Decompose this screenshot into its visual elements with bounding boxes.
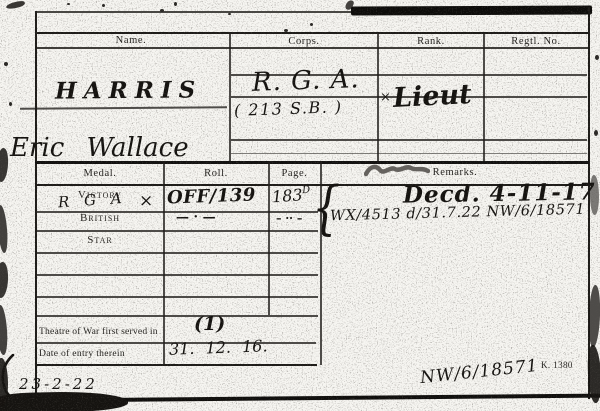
divider-roll-page	[268, 161, 270, 315]
left-torn-edge-mark	[0, 262, 10, 299]
left-torn-edge-mark	[0, 148, 10, 183]
paper-speck	[67, 3, 70, 5]
rank-cross-mark: ×	[380, 91, 391, 104]
remarks-column-header: Remarks.	[322, 167, 588, 178]
paper-speck	[595, 55, 599, 60]
page-number-suffix: D	[302, 185, 311, 197]
paper-speck	[594, 130, 598, 136]
corps-handwritten-line1: R. G. A.	[252, 66, 360, 96]
divider-corps-rank	[377, 33, 379, 163]
corps-handwritten-line2: ( 213 S.B. )	[234, 99, 343, 119]
card-left-border	[35, 11, 37, 399]
left-margin-pen-stroke	[0, 354, 16, 400]
date-of-entry-label: Date of entry therein	[39, 348, 125, 359]
medal-row-rule	[37, 296, 318, 298]
divider-medal-roll	[163, 161, 165, 365]
bottom-left-ink-blot	[0, 391, 128, 411]
forenames-handwritten: Eric Wallace	[10, 135, 189, 161]
medal-row-label-british: British	[37, 212, 163, 224]
medal-annotation-cross: ×	[139, 193, 153, 210]
left-torn-edge-mark	[0, 305, 8, 355]
medal-row-rule	[37, 274, 318, 276]
roll-value-victory: OFF/139	[167, 186, 256, 207]
form-code: K. 1380	[541, 360, 573, 370]
theatre-of-war-label: Theatre of War first served in	[39, 326, 158, 337]
date-of-entry-value: 31. 12. 16.	[169, 338, 268, 357]
medal-index-card-scan: Name. Corps. Rank. Regtl. No. Medal. Rol…	[0, 0, 600, 411]
top-left-stray-mark	[6, 0, 26, 10]
name-ruled-line	[20, 106, 227, 109]
bottom-left-date-note: 23-2-22	[19, 377, 98, 392]
paper-speck	[9, 102, 12, 106]
name-column-header: Name.	[35, 35, 227, 46]
rank-column-header: Rank.	[379, 36, 483, 47]
ruled-line	[231, 153, 587, 154]
rank-handwritten: Lieut	[392, 81, 472, 112]
medal-row-label-star: Star	[37, 234, 163, 246]
left-torn-edge-mark	[0, 205, 9, 254]
page-number: 183	[271, 185, 303, 206]
card-top-border	[35, 11, 357, 13]
medal-annotation-rga: R G A	[58, 191, 128, 211]
paper-speck	[160, 9, 164, 12]
theatre-of-war-value: (1)	[194, 315, 225, 334]
page-value-british-ditto: – ·· –	[276, 213, 302, 224]
bottom-right-reference: NW/6/18571	[419, 358, 539, 387]
surname-handwritten: HARRIS	[55, 78, 202, 102]
ruled-line	[231, 139, 587, 141]
medal-row-rule	[37, 252, 318, 254]
date-row-rule	[37, 364, 317, 366]
corps-column-header: Corps.	[231, 36, 377, 47]
divider-name-corps	[229, 33, 231, 163]
regtl-no-column-header: Regtl. No.	[485, 36, 587, 47]
paper-speck	[284, 29, 288, 32]
medal-row-rule	[37, 315, 318, 317]
paper-speck	[174, 2, 177, 6]
divider-rank-regtl	[483, 33, 485, 163]
paper-speck	[4, 62, 8, 66]
header-band-bottom-rule	[35, 47, 589, 49]
medal-column-header: Medal.	[37, 168, 163, 179]
card-bottom-rule	[48, 394, 600, 403]
roll-column-header: Roll.	[165, 168, 267, 179]
card-top-black-bar	[351, 5, 592, 15]
remarks-reference-note: WX/4513 d/31.7.22 NW/6/18571	[330, 203, 586, 224]
paper-speck	[102, 4, 105, 7]
medal-row-rule	[37, 230, 318, 232]
paper-speck	[228, 13, 231, 15]
paper-speck	[310, 23, 313, 26]
roll-value-british-ditto: — · —	[176, 211, 216, 224]
page-value-victory: 183D	[271, 186, 311, 206]
